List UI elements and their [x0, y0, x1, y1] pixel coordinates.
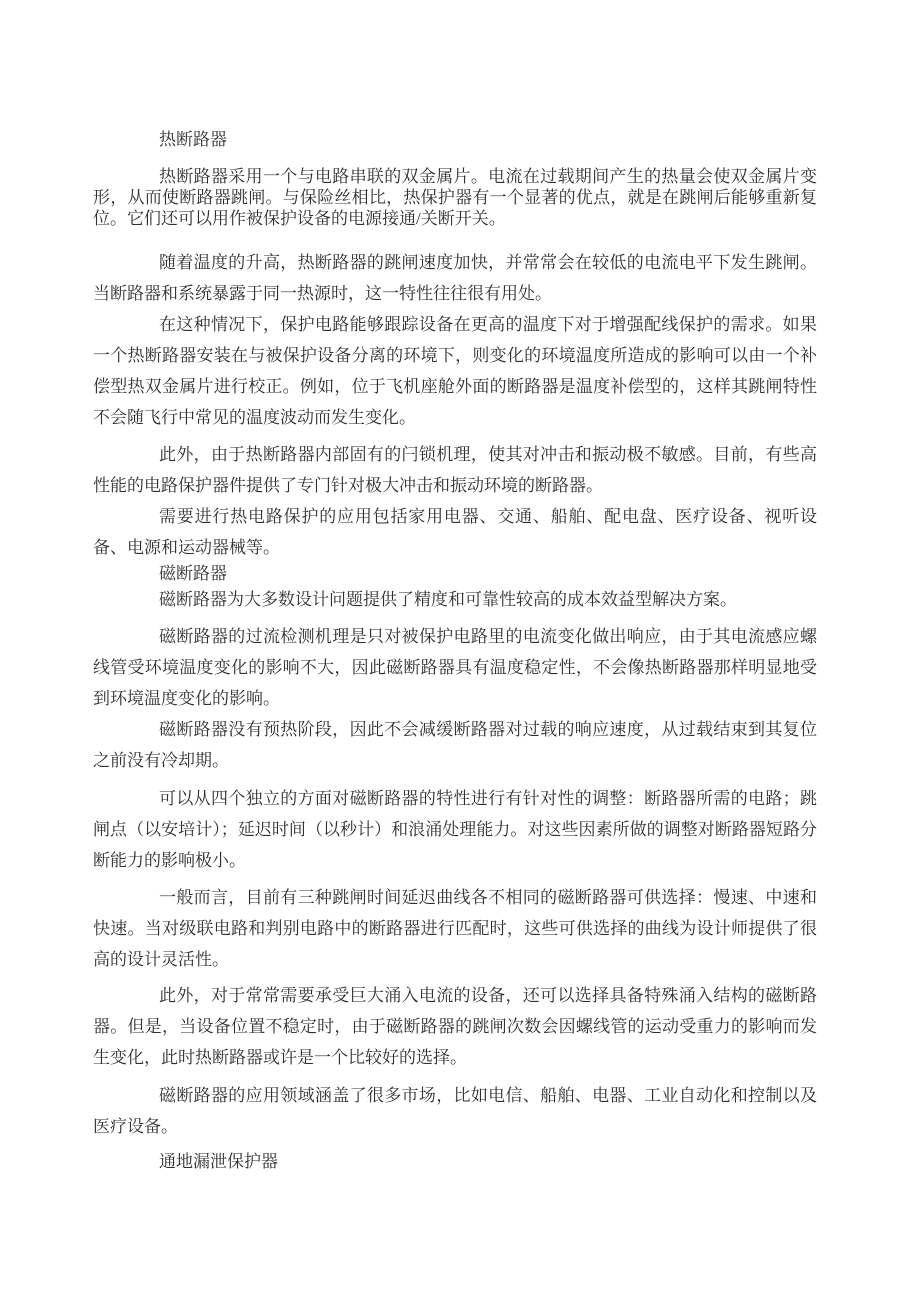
section-heading: 通地漏泄保护器 [93, 1151, 817, 1172]
paragraph: 磁断路器的过流检测机理是只对被保护电路里的电流变化做出响应，由于其电流感应螺线管… [93, 621, 817, 714]
section-heading: 磁断路器 [93, 563, 817, 584]
section-heading: 热断路器 [93, 129, 817, 150]
paragraph: 此外，由于热断路器内部固有的闩锁机理，使其对冲击和振动极不敏感。目前，有些高性能… [93, 439, 817, 501]
paragraph: 此外，对于常常需要承受巨大涌入电流的设备，还可以选择具备特殊涌入结构的磁断路器。… [93, 980, 817, 1073]
paragraph: 磁断路器没有预热阶段，因此不会减缓断路器对过载的响应速度，从过载结束到其复位之前… [93, 714, 817, 776]
paragraph: 可以从四个独立的方面对磁断路器的特性进行有针对性的调整：断路器所需的电路；跳闸点… [93, 783, 817, 876]
document-body: 热断路器热断路器采用一个与电路串联的双金属片。电流在过载期间产生的热量会使双金属… [93, 129, 817, 1172]
paragraph: 磁断路器的应用领域涵盖了很多市场，比如电信、船舶、电器、工业自动化和控制以及医疗… [93, 1080, 817, 1142]
document-page: 热断路器热断路器采用一个与电路串联的双金属片。电流在过载期间产生的热量会使双金属… [0, 0, 920, 1301]
paragraph: 一般而言，目前有三种跳闸时间延迟曲线各不相同的磁断路器可供选择：慢速、中速和快速… [93, 882, 817, 975]
paragraph: 需要进行热电路保护的应用包括家用电器、交通、船舶、配电盘、医疗设备、视听设备、电… [93, 501, 817, 563]
paragraph: 磁断路器为大多数设计问题提供了精度和可靠性较高的成本效益型解决方案。 [93, 584, 817, 615]
paragraph: 热断路器采用一个与电路串联的双金属片。电流在过载期间产生的热量会使双金属片变形，… [93, 166, 817, 229]
paragraph: 随着温度的升高，热断路器的跳闸速度加快，并常常会在较低的电流电平下发生跳闸。当断… [93, 247, 817, 309]
paragraph: 在这种情况下，保护电路能够跟踪设备在更高的温度下对于增强配线保护的需求。如果一个… [93, 309, 817, 433]
